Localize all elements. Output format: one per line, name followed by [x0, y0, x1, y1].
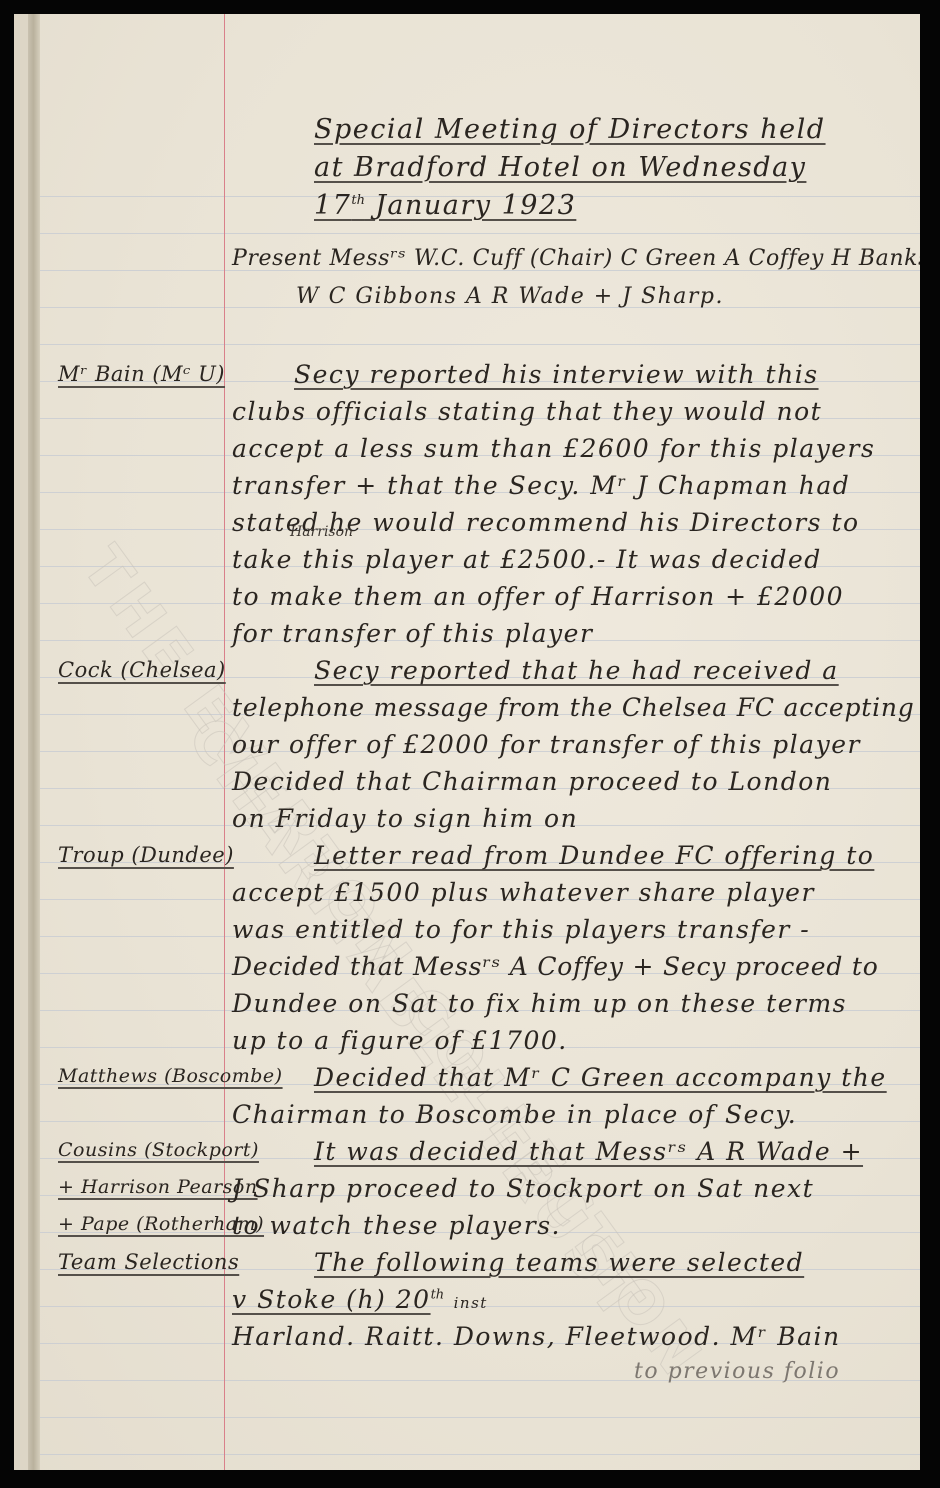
entry-line: Dundee on Sat to fix him up on these ter… [232, 989, 847, 1018]
entry-line: was entitled to for this players transfe… [232, 915, 810, 944]
heading-month-year: January 1923 [375, 190, 576, 221]
heading-day-suffix: th [351, 193, 365, 208]
entry-line: Secy reported his interview with this [294, 360, 819, 389]
ledger-page: THE EVERTON COLLECTION CHARITABLE TRUST … [14, 14, 920, 1470]
margin-label-cock: Cock (Chelsea) [58, 658, 226, 682]
entry-line: Decided that Mʳ C Green accompany the [314, 1063, 887, 1092]
entry-line: to watch these players. [232, 1211, 561, 1240]
entry-line: The following teams were selected [314, 1248, 804, 1277]
entry-line: J Sharp proceed to Stockport on Sat next [232, 1174, 814, 1203]
entry-line: our offer of £2000 for transfer of this … [232, 730, 861, 759]
heading-line-1: Special Meeting of Directors held [314, 114, 826, 145]
entry-line: Decided that Messʳˢ A Coffey + Secy proc… [232, 952, 879, 981]
pencil-note: to previous folio [634, 1359, 840, 1384]
entry-line: for transfer of this player [232, 619, 593, 648]
margin-label-troup: Troup (Dundee) [58, 843, 234, 867]
present-line-1: Present Messʳˢ W.C. Cuff (Chair) C Green… [232, 246, 920, 271]
fixture-month: inst [454, 1294, 488, 1312]
margin-label-mcbain: Mʳ Bain (Mᶜ U) [58, 362, 225, 386]
inserted-word: Harrison [290, 524, 353, 540]
entry-line: Secy reported that he had received a [314, 656, 839, 685]
entry-line: accept £1500 plus whatever share player [232, 878, 815, 907]
entry-line: It was decided that Messʳˢ A R Wade + [314, 1137, 863, 1166]
team-line: Harland. Raitt. Downs, Fleetwood. Mʳ Bai… [232, 1322, 841, 1351]
margin-label-matthews: Matthews (Boscombe) [58, 1065, 283, 1087]
entry-line: transfer + that the Secy. Mʳ J Chapman h… [232, 471, 850, 500]
fixture-line: v Stoke (h) 20th inst [232, 1285, 488, 1314]
entry-line: telephone message from the Chelsea FC ac… [232, 693, 915, 722]
entry-line: accept a less sum than £2600 for this pl… [232, 434, 875, 463]
fixture-opponent: v Stoke (h) 20 [232, 1285, 431, 1314]
entry-line: on Friday to sign him on [232, 804, 578, 833]
heading-day: 17 [314, 190, 351, 221]
heading-line-3: 17th January 1923 [314, 190, 576, 221]
entry-line: to make them an offer of Harrison + £200… [232, 582, 844, 611]
entry-line: take this player at £2500.- It was decid… [232, 545, 822, 574]
entry-line: up to a figure of £1700. [232, 1026, 568, 1055]
entry-line: Letter read from Dundee FC offering to [314, 841, 874, 870]
entry-line: clubs officials stating that they would … [232, 397, 822, 426]
entry-line: Decided that Chairman proceed to London [232, 767, 832, 796]
margin-label-team-selections: Team Selections [58, 1250, 239, 1274]
heading-line-2: at Bradford Hotel on Wednesday [314, 152, 806, 183]
fixture-date-suffix: th [431, 1288, 445, 1303]
margin-label-harrison-pearson: + Harrison Pearson [58, 1176, 258, 1198]
present-line-2: W C Gibbons A R Wade + J Sharp. [296, 284, 724, 309]
entry-line: Chairman to Boscombe in place of Secy. [232, 1100, 797, 1129]
margin-label-cousins: Cousins (Stockport) [58, 1139, 259, 1161]
